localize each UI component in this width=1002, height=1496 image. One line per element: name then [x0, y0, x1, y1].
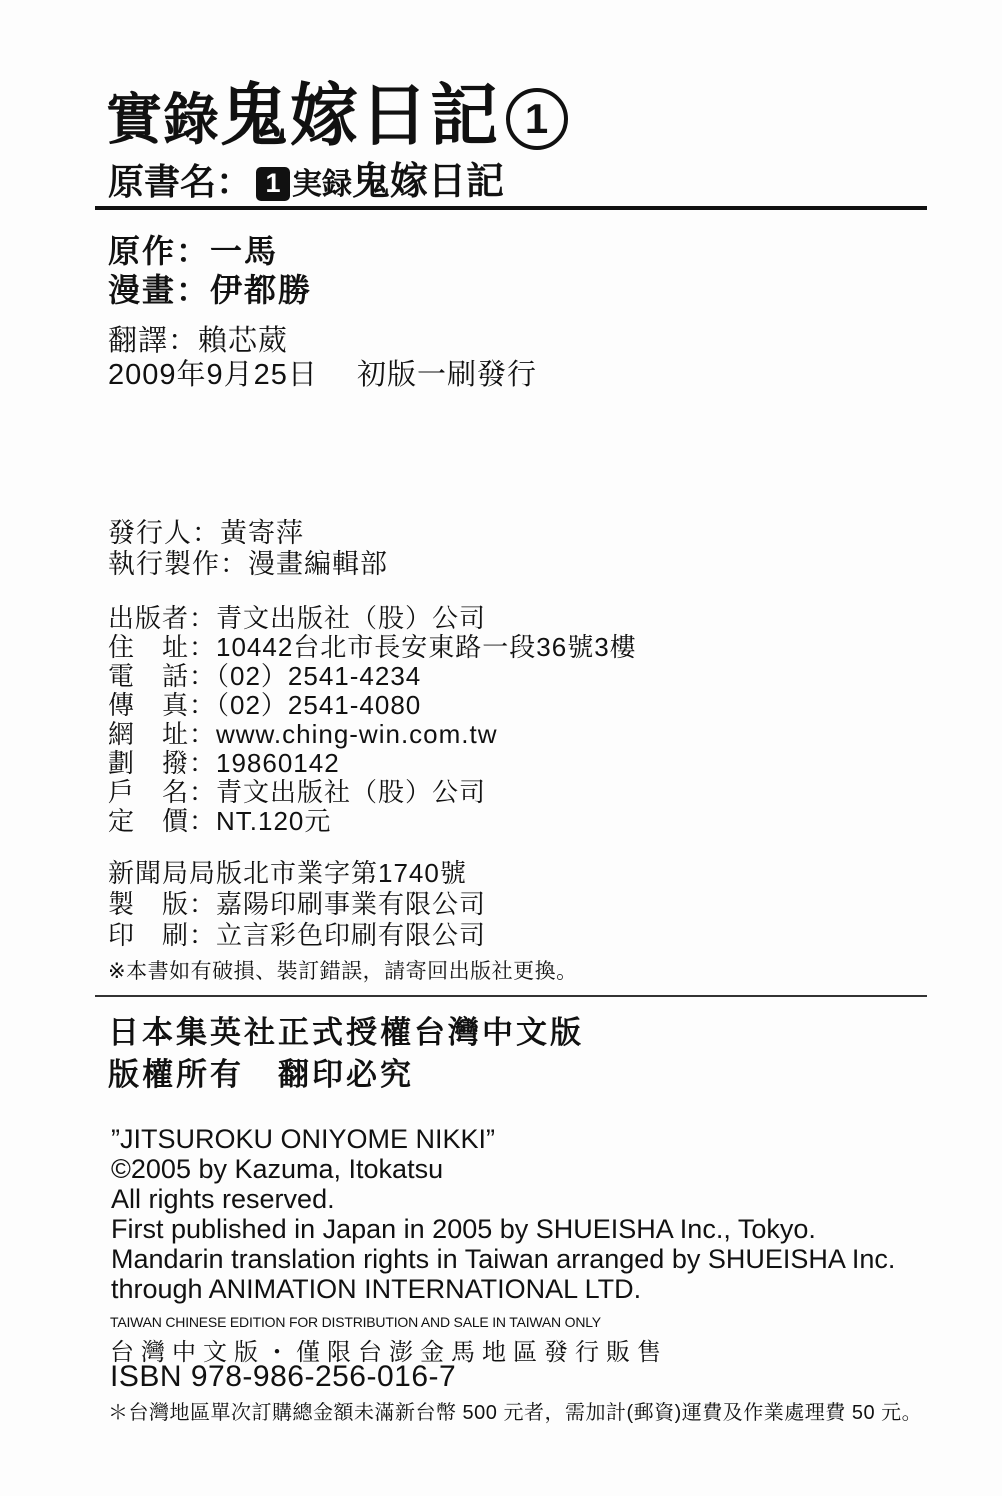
website-row: 網 址：www.ching-win.com.tw [108, 720, 637, 749]
copyright-reserved-line: 版權所有 翻印必究 [108, 1054, 584, 1096]
author-line: 原作：一馬 [108, 232, 312, 271]
translator-line: 翻譯：賴芯葳 [108, 324, 537, 358]
english-title-line: ”JITSUROKU ONIYOME NIKKI” [111, 1124, 895, 1154]
address-row: 住 址：10442台北市長安東路一段36號3樓 [108, 633, 637, 662]
copyright-year-line: ©2005 by Kazuma, Itokatsu [111, 1154, 895, 1184]
license-number-line: 新聞局局版北市業字第1740號 [108, 858, 486, 889]
fax-row: 傳 真：（02）2541-4080 [108, 691, 637, 720]
phone-row: 電 話：（02）2541-4234 [108, 662, 637, 691]
first-published-line: First published in Japan in 2005 by SHUE… [111, 1214, 895, 1244]
order-surcharge-note: ＊台灣地區單次訂購總金額未滿新台幣 500 元者，需加計(郵資)運費及作業處理費… [108, 1396, 922, 1425]
distribution-english-notice: TAIWAN CHINESE EDITION FOR DISTRIBUTION … [110, 1314, 601, 1330]
all-rights-line: All rights reserved. [111, 1184, 895, 1214]
publisher-info-block: 出版者：青文出版社（股）公司 住 址：10442台北市長安東路一段36號3樓 電… [108, 604, 637, 836]
rights-chinese-block: 日本集英社正式授權台灣中文版 版權所有 翻印必究 [108, 1012, 584, 1096]
original-title-main: 鬼嫁日記 [352, 161, 504, 203]
price-row: 定 價：NT.120元 [108, 807, 637, 836]
original-title-small: 実録 [292, 168, 352, 201]
original-title-line: 原書名：1実録鬼嫁日記 [108, 150, 504, 205]
publisher-person-line: 發行人：黃寄萍 [108, 518, 388, 549]
publisher-row: 出版者：青文出版社（股）公司 [108, 604, 637, 633]
through-agent-line: through ANIMATION INTERNATIONAL LTD. [111, 1274, 895, 1304]
volume-circle-badge: 1 [506, 88, 568, 150]
edition-date-line: 2009年9月25日 初版一刷發行 [108, 358, 537, 392]
series-title-prefix: 實錄 [106, 88, 220, 151]
isbn-line: ISBN 978-986-256-016-7 [110, 1360, 456, 1394]
divider-rule-top [95, 206, 927, 210]
creator-credits: 原作：一馬 漫畫：伊都勝 [108, 232, 312, 310]
series-title: 實錄鬼嫁日記1 [106, 62, 568, 159]
printer-line: 印 刷：立言彩色印刷有限公司 [108, 920, 486, 951]
damage-exchange-note: ※本書如有破損、裝訂錯誤，請寄回出版社更換。 [108, 955, 578, 985]
mandarin-rights-line: Mandarin translation rights in Taiwan ar… [111, 1244, 895, 1274]
production-line: 執行製作：漫畫編輯部 [108, 549, 388, 580]
staff-block: 發行人：黃寄萍 執行製作：漫畫編輯部 [108, 518, 388, 580]
translation-credits: 翻譯：賴芯葳 2009年9月25日 初版一刷發行 [108, 324, 537, 392]
volume-box-badge: 1 [256, 167, 290, 201]
postal-account-row: 劃 撥：19860142 [108, 749, 637, 778]
account-name-row: 戶 名：青文出版社（股）公司 [108, 778, 637, 807]
artist-line: 漫畫：伊都勝 [108, 271, 312, 310]
divider-rule-bottom [95, 995, 927, 997]
printing-block: 新聞局局版北市業字第1740號 製 版：嘉陽印刷事業有限公司 印 刷：立言彩色印… [108, 858, 486, 951]
original-title-label: 原書名： [108, 161, 252, 202]
series-title-main: 鬼嫁日記 [220, 78, 500, 154]
authorized-edition-line: 日本集英社正式授權台灣中文版 [108, 1012, 584, 1054]
rights-english-block: ”JITSUROKU ONIYOME NIKKI” ©2005 by Kazum… [111, 1124, 895, 1304]
plate-maker-line: 製 版：嘉陽印刷事業有限公司 [108, 889, 486, 920]
colophon-page: 實錄鬼嫁日記1 原書名：1実録鬼嫁日記 原作：一馬 漫畫：伊都勝 翻譯：賴芯葳 … [0, 0, 1002, 1496]
